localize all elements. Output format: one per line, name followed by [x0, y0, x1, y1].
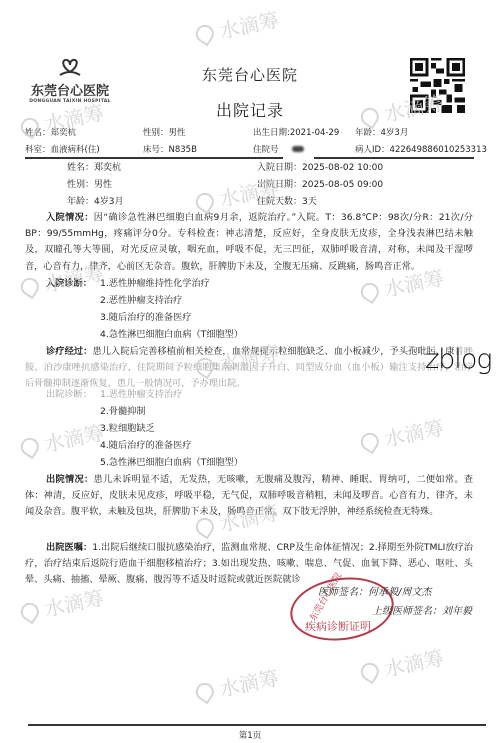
- discharge-diagnosis-item: 2.骨髓抑制: [100, 404, 146, 421]
- discharge-diagnosis-label: 出院诊断：: [46, 387, 92, 404]
- treatment-course-label: 诊疗经过：: [46, 346, 92, 357]
- redacted-admission-number: [292, 146, 304, 152]
- discharge-orders-label: 出院医嘱：: [46, 542, 92, 553]
- drop-icon: [192, 21, 217, 46]
- watermark: 水滴筹: [193, 4, 281, 50]
- discharge-status-text: 患儿未诉明显不适，无发热，无咳嗽，无腹痛及腹泻，精神、睡眠、胃纳可，二便如常。查…: [25, 474, 473, 517]
- discharge-status-label: 出院情况：: [46, 474, 93, 485]
- treatment-course-text: 患儿入院后完善移植前相关检查，血常规提示粒细胞缺乏、血小板减少，予头孢吡肟、康: [92, 346, 454, 357]
- summary-gender: 性别：男性: [67, 177, 112, 190]
- birth-date: 出生日期:2021-04-29: [253, 126, 339, 138]
- admit-date: 入院日期：2025-08-02 10:00: [257, 160, 383, 173]
- stay-days: 住院天数：3天: [257, 194, 317, 207]
- drop-icon: [357, 659, 382, 684]
- qr-code: [410, 58, 465, 113]
- admission-diagnosis-item: 2.恶性肿瘤支持治疗: [100, 293, 182, 310]
- department: 科室：血液病科(住): [25, 143, 100, 155]
- patient-name: 姓名：郑奕杭: [25, 126, 76, 138]
- discharge-status: 出院情况：患儿未诉明显不适，无发热，无咳嗽，无腹痛及腹泻，精神、睡眠、胃纳可，二…: [25, 472, 473, 521]
- page-number: 第1页: [0, 729, 500, 741]
- doctor-signature: 医师签名：何承毅/周文杰: [318, 583, 431, 598]
- footer-divider: [28, 724, 486, 726]
- discharge-diagnosis-item: 4.随后治疗的准备医疗: [100, 438, 191, 455]
- admission-status: 入院情况：因“确诊急性淋巴细胞白血病9月余，返院治疗。”入院。T：36.8℃P：…: [25, 210, 473, 275]
- drop-icon: [17, 434, 42, 459]
- watermark: 水滴筹: [193, 662, 281, 708]
- stamp-text-bottom: 疾病诊断证明: [305, 618, 371, 634]
- zblog-overlay: zblog: [425, 344, 492, 375]
- patient-id: 病人ID：422649886010253313: [355, 143, 487, 155]
- discharge-date: 出院日期：2025-08-05 09:00: [257, 177, 383, 190]
- patient-gender: 性别：男性: [143, 126, 186, 138]
- senior-doctor-signature: 上级医师签名：刘年毅: [372, 602, 472, 617]
- divider: [25, 157, 283, 159]
- summary-name: 姓名：郑奕杭: [67, 160, 121, 173]
- admission-status-label: 入院情况：: [46, 212, 94, 223]
- summary-age: 年龄：4岁3月: [67, 194, 123, 207]
- admission-diagnosis-item: 1.恶性肿瘤维持性化学治疗: [100, 276, 210, 293]
- drop-icon: [17, 274, 42, 299]
- admission-diagnosis-item: 3.随后治疗的准备医疗: [100, 310, 191, 327]
- drop-icon: [17, 599, 42, 624]
- drop-icon: [357, 279, 382, 304]
- discharge-orders-text: 1.出院后继续口服抗感染治疗，监测血常规、CRP及生命体征情况；2.择期至外院T…: [25, 542, 473, 585]
- discharge-diagnosis-item: 1.恶性肿瘤支持治疗: [100, 387, 182, 404]
- bed-number: 床号：N835B: [143, 143, 197, 155]
- watermark: 水滴筹: [358, 642, 446, 688]
- watermark: 水滴筹: [18, 417, 106, 463]
- discharge-orders: 出院医嘱：1.出院后继续口服抗感染治疗，监测血常规、CRP及生命体征情况；2.择…: [25, 540, 473, 589]
- admission-diagnosis-item: 4.急性淋巴细胞白血病（T细胞型）: [100, 327, 243, 344]
- admission-diagnosis-label: 入院诊断：: [46, 276, 92, 293]
- treatment-course: 诊疗经过：患儿入院后完善移植前相关检查，血常规提示粒细胞缺乏、血小板减少，予头孢…: [25, 344, 473, 393]
- discharge-diagnosis-item: 3.粒细胞缺乏: [100, 421, 155, 438]
- watermark: 水滴筹: [358, 412, 446, 458]
- admission-number-label: 住院号: [253, 143, 279, 155]
- divider: [314, 157, 474, 159]
- discharge-diagnosis-item: 5.急性淋巴细胞白血病（T细胞型）: [100, 455, 243, 472]
- patient-age: 年龄：4岁3月: [355, 126, 408, 138]
- drop-icon: [357, 429, 382, 454]
- drop-icon: [192, 679, 217, 704]
